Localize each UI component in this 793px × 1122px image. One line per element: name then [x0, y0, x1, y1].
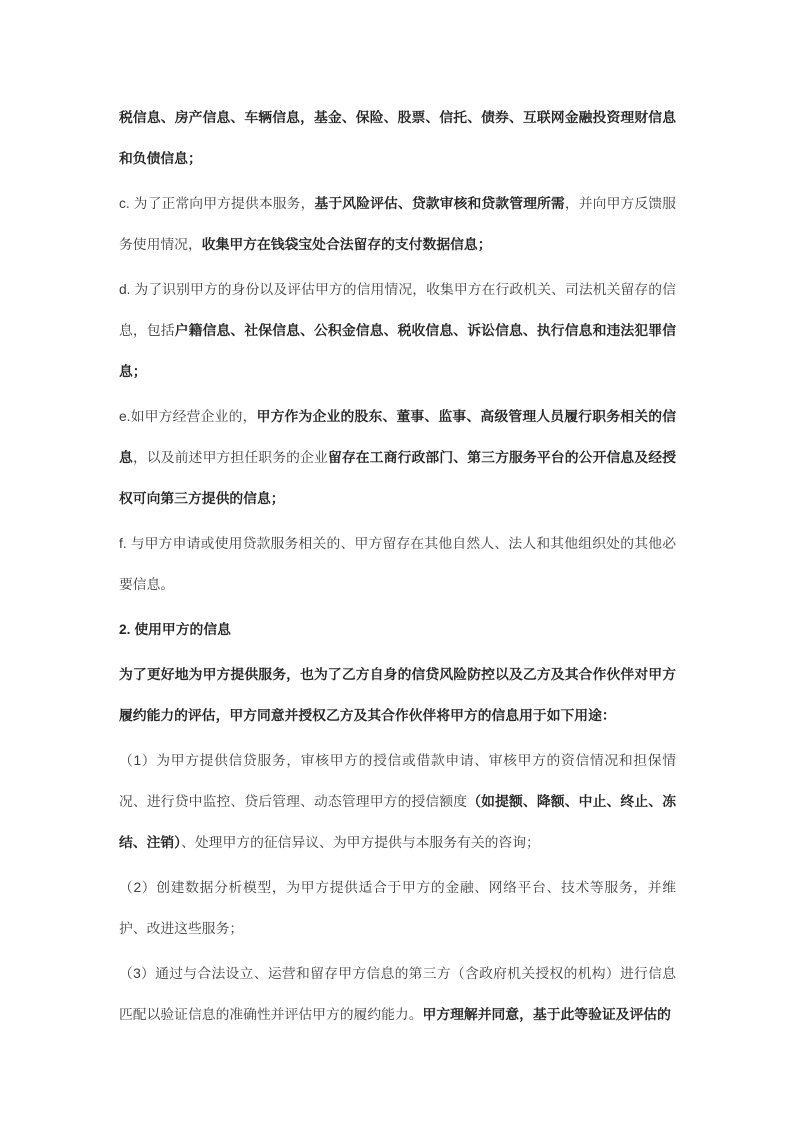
paragraph-purpose-1: （1）为甲方提供信贷服务，审核甲方的授信或借款申请、审核甲方的资信情况和担保情况…	[119, 740, 676, 863]
paragraph-item-e: e.如甲方经营企业的，甲方作为企业的股东、董事、监事、高级管理人员履行职务相关的…	[119, 396, 676, 519]
paragraph-info-types-continuation: 税信息、房产信息、车辆信息，基金、保险、股票、信托、债券、互联网金融投资理财信息…	[119, 97, 676, 179]
paragraph-item-f: f. 与甲方申请或使用贷款服务相关的、甲方留存在其他自然人、法人和其他组织处的其…	[119, 523, 676, 605]
section-heading-use-of-information: 2. 使用甲方的信息	[119, 609, 676, 650]
paragraph-purpose-3: （3）通过与合法设立、运营和留存甲方信息的第三方（含政府机关授权的机构）进行信息…	[119, 953, 676, 1035]
paragraph-item-c: c. 为了正常向甲方提供本服务，基于风险评估、贷款审核和贷款管理所需，并向甲方反…	[119, 183, 676, 265]
paragraph-item-d: d. 为了识别甲方的身份以及评估甲方的信用情况，收集甲方在行政机关、司法机关留存…	[119, 269, 676, 392]
document-page: 税信息、房产信息、车辆信息，基金、保险、股票、信托、债券、互联网金融投资理财信息…	[0, 0, 793, 1122]
paragraph-purpose-2: （2）创建数据分析模型，为甲方提供适合于甲方的金融、网络平台、技术等服务，并维护…	[119, 867, 676, 949]
paragraph-authorization-intro: 为了更好地为甲方提供服务，也为了乙方自身的信贷风险防控以及乙方及其合作伙伴对甲方…	[119, 654, 676, 736]
document-text-content: 税信息、房产信息、车辆信息，基金、保险、股票、信托、债券、互联网金融投资理财信息…	[119, 97, 676, 1039]
